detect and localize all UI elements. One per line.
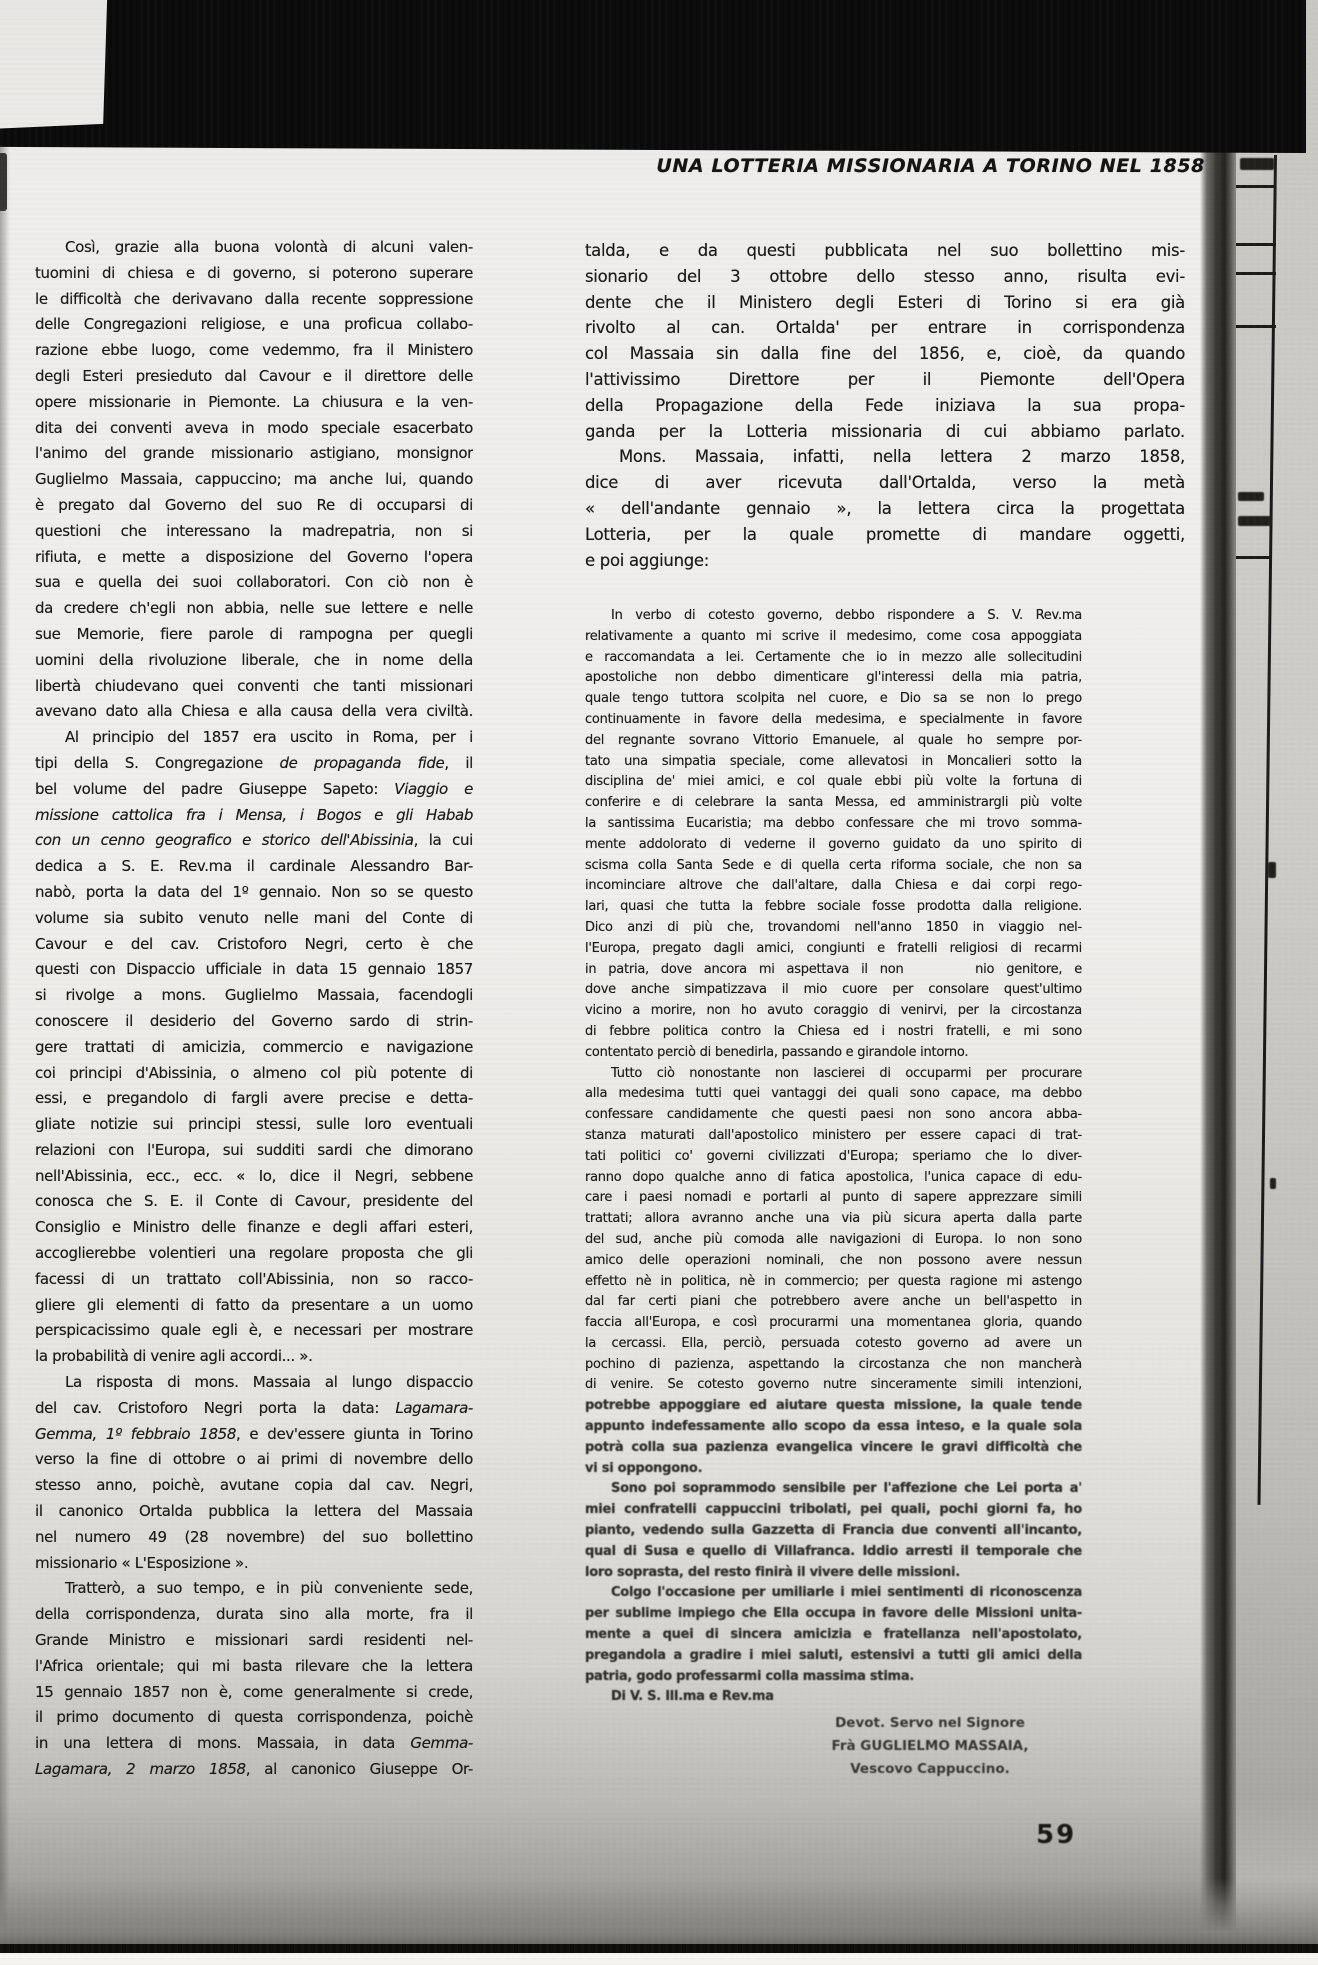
text-line: Dico anzi di più che, trovandomi nell'an…: [585, 918, 1082, 939]
text-line: potrà colla sua pazienza evangelica vinc…: [585, 1438, 1082, 1459]
text-line: l'Europa, pregato dagli amici, congiunti…: [585, 939, 1082, 960]
book-gutter-shadow: [1200, 140, 1236, 1948]
text-line: patria, godo professarmi colla massima s…: [585, 1667, 1082, 1688]
text-line: contentato perciò di benedirla, passando…: [585, 1043, 1082, 1064]
text-line: Vescovo Cappuccino.: [780, 1758, 1080, 1781]
text-line: per sublime impiego che Ella occupa in f…: [585, 1604, 1082, 1625]
text-line: Guglielmo Massaia, cappuccino; ma anche …: [35, 467, 473, 493]
text-line: Cavour e del cav. Cristoforo Negri, cert…: [35, 932, 473, 958]
text-line: volume sia subito venuto nelle mani del …: [35, 906, 473, 932]
text-line: questioni che interessano la madrepatria…: [35, 519, 473, 545]
text-line: del sud, anche più comoda alle navigazio…: [585, 1230, 1082, 1251]
text-line: l'Africa orientale; qui mi basta rilevar…: [35, 1654, 473, 1680]
text-line: Gemma, 1º febbraio 1858, e dev'essere gi…: [35, 1422, 473, 1448]
adjacent-page-edge: [1236, 0, 1318, 1953]
text-line: della Propagazione della Fede iniziava l…: [585, 393, 1185, 419]
table-rule-line: [1236, 243, 1276, 246]
illegible-mark: [1270, 1178, 1276, 1189]
adjacent-page-table-rule: [1258, 155, 1277, 1505]
text-line: avevano dato alla Chiesa e alla causa de…: [35, 699, 473, 725]
text-line: vicino a morire, non ho avuto coraggio d…: [585, 1001, 1082, 1022]
left-edge-mark: [0, 153, 7, 211]
text-line: facessi di un trattato coll'Abissinia, n…: [35, 1267, 473, 1293]
text-line: conoscere il desiderio del Governo sardo…: [35, 1009, 473, 1035]
text-line: Mons. Massaia, infatti, nella lettera 2 …: [585, 444, 1185, 470]
text-line: ganda per la Lotteria missionaria di cui…: [585, 419, 1185, 445]
text-line: opere missionarie in Piemonte. La chiusu…: [35, 390, 473, 416]
text-line: incominciare altrove che dall'altare, da…: [585, 876, 1082, 897]
illegible-text-fragment: [1240, 158, 1274, 170]
text-line: tati politici co' governi civilizzati d'…: [585, 1147, 1082, 1168]
text-line: continuamente in favore della medesima, …: [585, 710, 1082, 731]
text-line: 15 gennaio 1857 non è, come generalmente…: [35, 1680, 473, 1706]
text-line: la probabilità di venire agli accordi...…: [35, 1344, 473, 1370]
text-line: quale tengo tuttora scolpita nel cuore, …: [585, 689, 1082, 710]
table-rule-line: [1236, 185, 1276, 188]
text-line: stanza maturati dall'apostolico minister…: [585, 1126, 1082, 1147]
page-number: 59: [1036, 1820, 1076, 1850]
text-line: verso la fine di ottobre o ai primi di n…: [35, 1447, 473, 1473]
text-line: del cav. Cristoforo Negri porta la data:…: [35, 1396, 473, 1422]
text-line: nell'Abissinia, ecc., ecc. « Io, dice il…: [35, 1164, 473, 1190]
scan-top-black-band: [0, 0, 1306, 153]
text-line: potrebbe appoggiare ed aiutare questa mi…: [585, 1396, 1082, 1417]
text-line: perspicacissimo quale egli è, e necessar…: [35, 1318, 473, 1344]
text-line: loro soprasta, del resto finirà il viver…: [585, 1563, 1082, 1584]
running-head: UNA LOTTERIA MISSIONARIA A TORINO NEL 18…: [656, 155, 1205, 177]
text-line: In verbo di cotesto governo, debbo rispo…: [585, 606, 1082, 627]
text-line: libertà chiudevano quei conventi che tan…: [35, 674, 473, 700]
text-line: qual di Susa e quello di Villafranca. Id…: [585, 1542, 1082, 1563]
text-line: nel numero 49 (28 novembre) del suo boll…: [35, 1525, 473, 1551]
text-line: dal far certi piani che potrebbero avere…: [585, 1292, 1082, 1313]
text-line: col Massaia sin dalla fine del 1856, e, …: [585, 341, 1185, 367]
text-line: dedica a S. E. Rev.ma il cardinale Aless…: [35, 854, 473, 880]
text-line: mente addolorato di vederne il governo g…: [585, 835, 1082, 856]
text-line: ranno dopo qualche anno di fatica aposto…: [585, 1168, 1082, 1189]
text-line: dove anche simpatizzava il mio cuore per…: [585, 980, 1082, 1001]
text-line: in una lettera di mons. Massaia, in data…: [35, 1731, 473, 1757]
text-line: di febbre politica contro la Chiesa ed i…: [585, 1022, 1082, 1043]
text-line: Consiglio e Ministro delle finanze e deg…: [35, 1215, 473, 1241]
text-line: con un cenno geografico e storico dell'A…: [35, 828, 473, 854]
text-line: bel volume del padre Giuseppe Sapeto: Vi…: [35, 777, 473, 803]
page-bottom-edge: [0, 1944, 1318, 1953]
illegible-text-fragment: [1238, 492, 1264, 501]
text-line: pochino di pazienza, aspettando la circo…: [585, 1355, 1082, 1376]
text-line: della corrispondenza, durata sino alla m…: [35, 1602, 473, 1628]
block-quote-letter: In verbo di cotesto governo, debbo rispo…: [585, 606, 1082, 1708]
text-line: sue Memorie, fiere parole di rampogna pe…: [35, 622, 473, 648]
illegible-text-fragment: [1238, 516, 1272, 526]
left-column-text: Così, grazie alla buona volontà di alcun…: [35, 235, 473, 1783]
text-line: trattati; allora avranno anche una via p…: [585, 1209, 1082, 1230]
text-line: Così, grazie alla buona volontà di alcun…: [35, 235, 473, 261]
text-line: Grande Ministro e missionari sardi resid…: [35, 1628, 473, 1654]
text-line: missione cattolica fra i Mensa, i Bogos …: [35, 803, 473, 829]
text-line: « dell'andante gennaio », la lettera cir…: [585, 496, 1185, 522]
text-line: mente a quei di sincera amicizia e frate…: [585, 1625, 1082, 1646]
text-line: care i paesi nomadi e portarli al punto …: [585, 1188, 1082, 1209]
text-line: alla medesima tutti quei vantaggi dei qu…: [585, 1084, 1082, 1105]
text-line: La risposta di mons. Massaia al lungo di…: [35, 1370, 473, 1396]
text-line: miei confratelli cappuccini tribolati, p…: [585, 1500, 1082, 1521]
text-line: faccia all'Europa, e così procurarmi una…: [585, 1313, 1082, 1334]
text-line: coi principi d'Abissinia, o almeno col p…: [35, 1061, 473, 1087]
text-line: è pregato dal Governo del suo Re di occu…: [35, 493, 473, 519]
text-line: delle Congregazioni religiose, e una pro…: [35, 312, 473, 338]
text-line: essi, e pregandolo di fargli avere preci…: [35, 1086, 473, 1112]
text-line: pregandola a gradire i miei saluti, este…: [585, 1646, 1082, 1667]
text-line: Di V. S. Ill.ma e Rev.ma: [585, 1687, 1082, 1708]
text-line: Lotteria, per la quale promette di manda…: [585, 522, 1185, 548]
illegible-mark: [1268, 862, 1276, 878]
text-line: del regnante sovrano Vittorio Emanuele, …: [585, 731, 1082, 752]
text-line: in patria, dove ancora mi aspettava il n…: [585, 960, 1082, 981]
text-line: apostoliche non debbo dimenticare gl'int…: [585, 668, 1082, 689]
table-rule-line: [1236, 272, 1276, 275]
text-line: lari, quasi che tutta la febbre sociale …: [585, 897, 1082, 918]
text-line: gere trattati di amicizia, commercio e n…: [35, 1035, 473, 1061]
text-line: dice di aver ricevuta dall'Ortalda, vers…: [585, 470, 1185, 496]
text-line: tato una simpatia speciale, come allevat…: [585, 752, 1082, 773]
text-line: degli Esteri presieduto dal Cavour e il …: [35, 364, 473, 390]
text-line: Lagamara, 2 marzo 1858, al canonico Gius…: [35, 1757, 473, 1783]
text-line: pianto, vedendo sulla Gazzetta di Franci…: [585, 1521, 1082, 1542]
text-line: tipi della S. Congregazione de propagand…: [35, 751, 473, 777]
text-line: talda, e da questi pubblicata nel suo bo…: [585, 238, 1185, 264]
text-line: questi con Dispaccio ufficiale in data 1…: [35, 957, 473, 983]
text-line: il canonico Ortalda pubblica la lettera …: [35, 1499, 473, 1525]
text-line: disciplina de' miei amici, e col quale e…: [585, 772, 1082, 793]
text-line: vi si oppongono.: [585, 1459, 1082, 1480]
text-line: Al principio del 1857 era uscito in Roma…: [35, 725, 473, 751]
text-line: conferire e di celebrare la santa Messa,…: [585, 793, 1082, 814]
text-line: scisma colla Santa Sede e di quella cert…: [585, 856, 1082, 877]
text-line: Devot. Servo nel Signore: [780, 1712, 1080, 1735]
text-line: le difficoltà che derivavano dalla recen…: [35, 287, 473, 313]
text-line: l'animo del grande missionario astigiano…: [35, 441, 473, 467]
text-line: uomini della rivoluzione liberale, che i…: [35, 648, 473, 674]
text-line: e poi aggiunge:: [585, 548, 1185, 574]
table-rule-line: [1236, 325, 1276, 328]
text-line: appunto indefessamente allo scopo da ess…: [585, 1417, 1082, 1438]
text-line: sionario del 3 ottobre dello stesso anno…: [585, 264, 1185, 290]
text-line: gliere gli elementi di fatto da presenta…: [35, 1293, 473, 1319]
text-line: rivolto al can. Ortalda' per entrare in …: [585, 315, 1185, 341]
text-line: amico delle operazioni nominali, che non…: [585, 1251, 1082, 1272]
text-line: accoglierebbe volentieri una regolare pr…: [35, 1241, 473, 1267]
text-line: il primo documento di questa corrisponde…: [35, 1705, 473, 1731]
text-line: la cercassi. Ella, perciò, persuada cote…: [585, 1334, 1082, 1355]
right-column-text: talda, e da questi pubblicata nel suo bo…: [585, 238, 1185, 573]
text-line: rifiuta, e mette a disposizione del Gove…: [35, 545, 473, 571]
text-line: Sono poi soprammodo sensibile per l'affe…: [585, 1479, 1082, 1500]
text-line: si rivolge a mons. Guglielmo Massaia, fa…: [35, 983, 473, 1009]
text-line: Frà GUGLIELMO MASSAIA,: [780, 1735, 1080, 1758]
text-line: Colgo l'occasione per umiliarle i miei s…: [585, 1583, 1082, 1604]
text-line: relativamente a quanto mi scrive il mede…: [585, 627, 1082, 648]
text-line: nabò, porta la data del 1º gennaio. Non …: [35, 880, 473, 906]
text-line: stesso anno, poichè, avutane copia dal c…: [35, 1473, 473, 1499]
text-line: missionario « L'Esposizione ».: [35, 1551, 473, 1577]
text-line: dente che il Ministero degli Esteri di T…: [585, 290, 1185, 316]
text-line: confessare candidamente che questi paesi…: [585, 1105, 1082, 1126]
page-left-edge-shading: [0, 140, 10, 1950]
page-bottom-shadow: [0, 1878, 1318, 1946]
text-line: relazioni con l'Europa, sui sudditi sard…: [35, 1138, 473, 1164]
text-line: dita dei conventi aveva in modo speciale…: [35, 416, 473, 442]
text-line: razione ebbe luogo, come vedemmo, fra il…: [35, 338, 473, 364]
text-line: effetto nè in politica, nè in commercio;…: [585, 1272, 1082, 1293]
table-rule-line: [1236, 556, 1272, 559]
text-line: di venire. Se cotesto governo nutre sinc…: [585, 1375, 1082, 1396]
text-line: e raccomandata a lei. Certamente che io …: [585, 648, 1082, 669]
text-line: da credere ch'egli non abbia, nelle sue …: [35, 596, 473, 622]
text-line: l'attivissimo Direttore per il Piemonte …: [585, 367, 1185, 393]
scanned-book-page: Così, grazie alla buona volontà di alcun…: [0, 0, 1318, 1965]
text-line: sua e quella dei suoi collaboratori. Con…: [35, 570, 473, 596]
signature-block: Devot. Servo nel SignoreFrà GUGLIELMO MA…: [780, 1712, 1080, 1781]
text-line: gliate notizie sui principi stessi, sull…: [35, 1112, 473, 1138]
text-line: Tutto ciò nonostante non lascierei di oc…: [585, 1064, 1082, 1085]
text-line: tuomini di chiesa e di governo, si poter…: [35, 261, 473, 287]
text-line: conosca che S. E. il Conte di Cavour, pr…: [35, 1189, 473, 1215]
text-line: Tratterò, a suo tempo, e in più convenie…: [35, 1576, 473, 1602]
text-line: la santissima Eucaristia; ma debbo confe…: [585, 814, 1082, 835]
